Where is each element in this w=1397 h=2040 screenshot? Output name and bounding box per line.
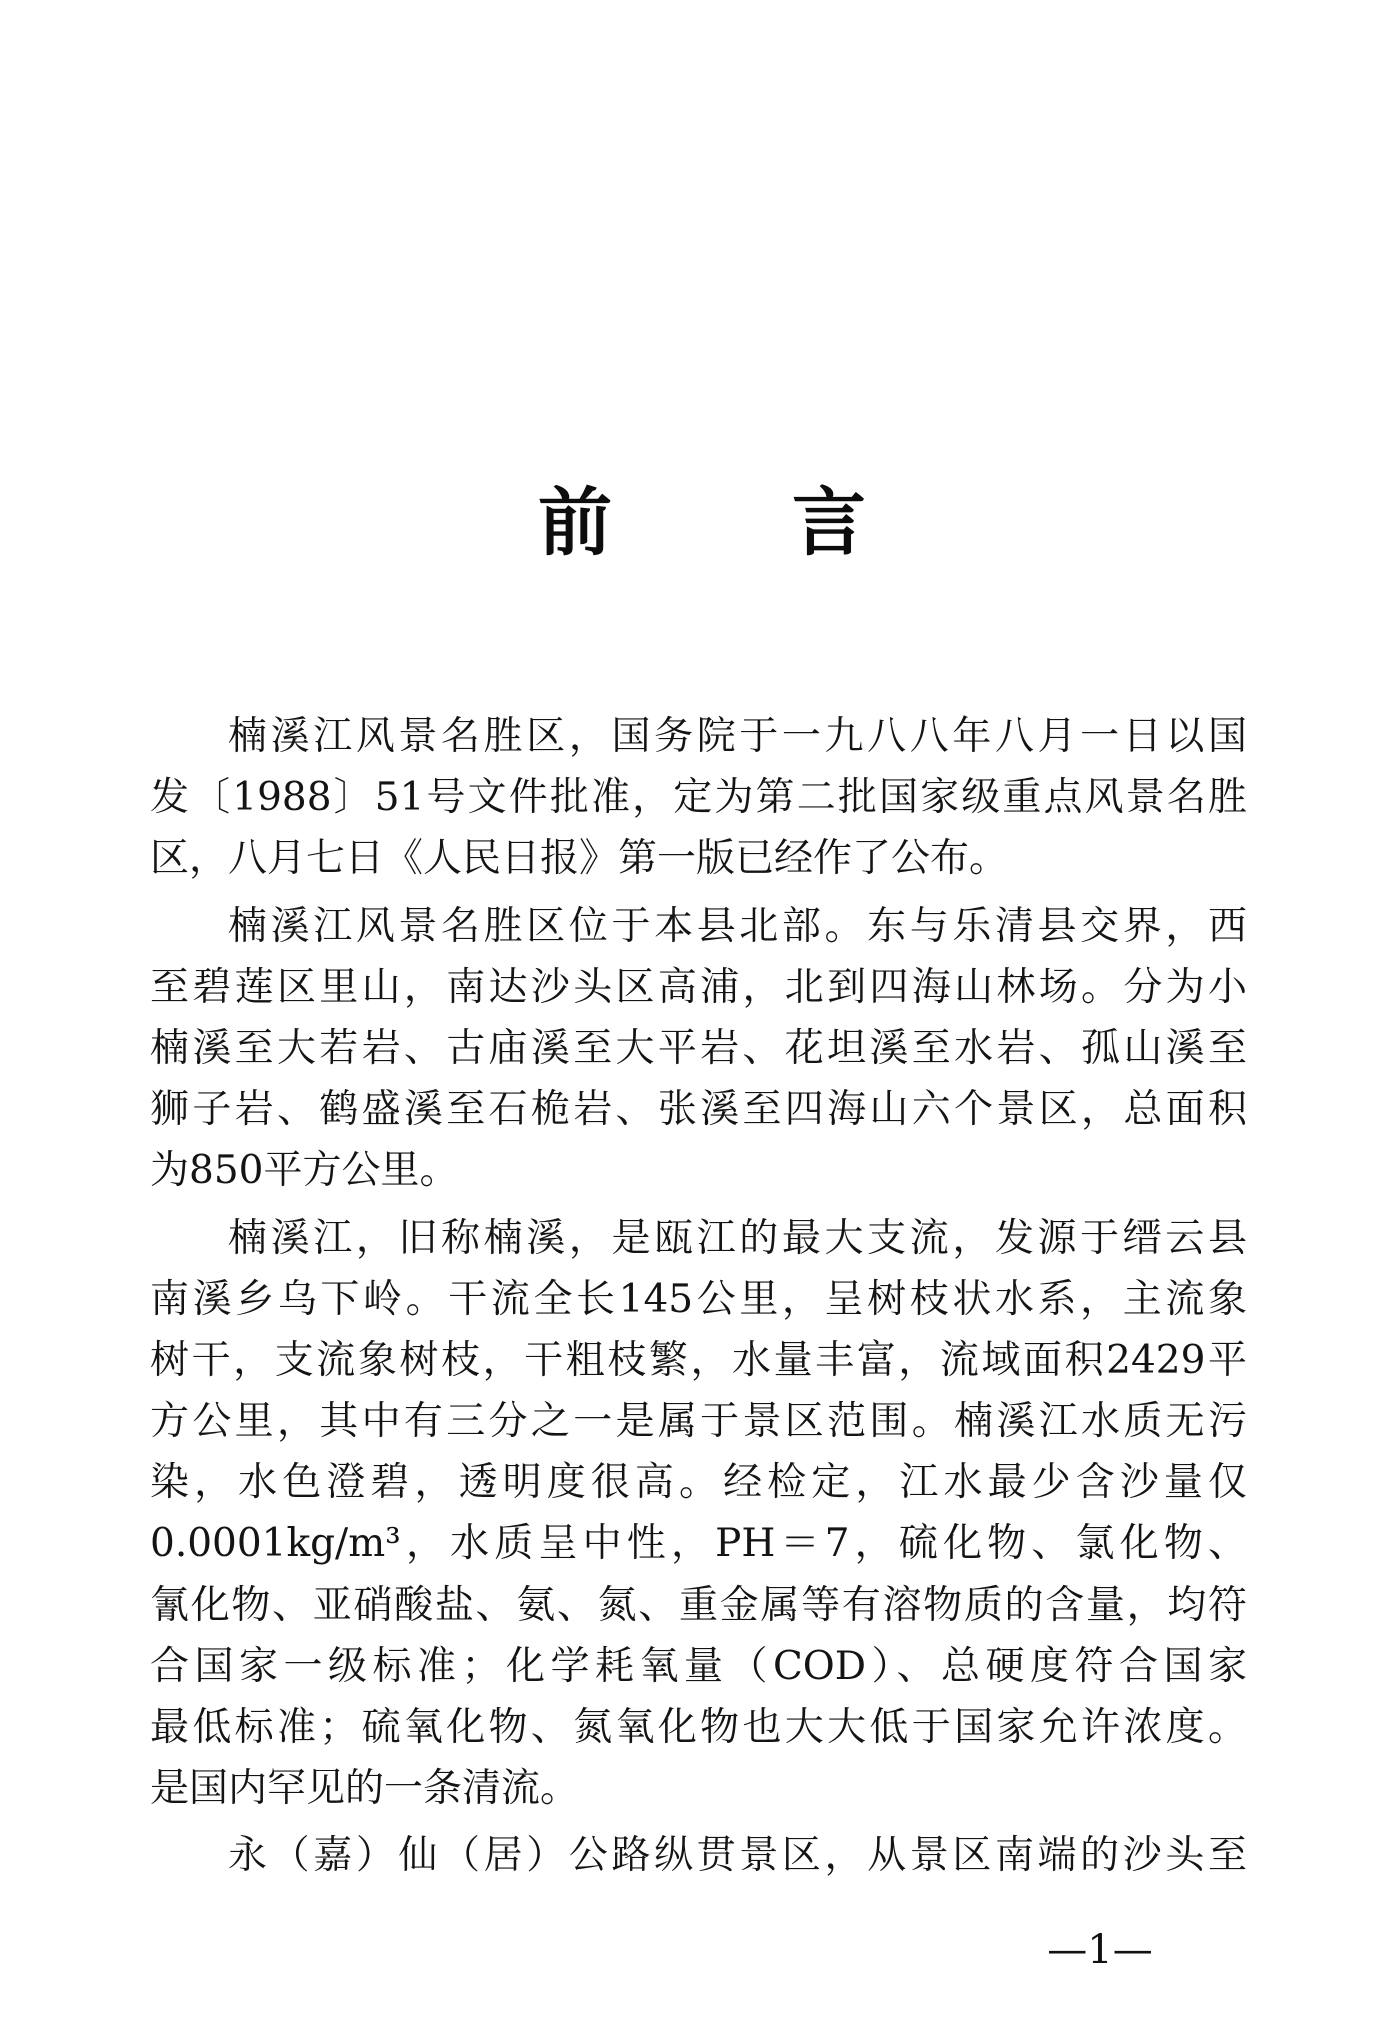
body-text: 楠溪江风景名胜区，国务院于一九八八年八月一日以国 发〔1988〕51号文件批准，… (150, 706, 1247, 1887)
text-line: 永（嘉）仙（居）公路纵贯景区，从景区南端的沙头至 (150, 1825, 1247, 1886)
text-line: 方公里，其中有三分之一是属于景区范围。楠溪江水质无污 (150, 1391, 1247, 1452)
text-line: 最低标准；硫氧化物、氮氧化物也大大低于国家允许浓度。 (150, 1697, 1247, 1758)
text-line: 楠溪江，旧称楠溪，是瓯江的最大支流，发源于缙云县 (150, 1208, 1247, 1269)
page-number: —1— (1040, 1925, 1160, 1975)
text-line: 合国家一级标准；化学耗氧量（COD）、总硬度符合国家 (150, 1636, 1247, 1697)
text-line: 至碧莲区里山，南达沙头区高浦，北到四海山林场。分为小 (150, 957, 1247, 1018)
paragraph-3: 楠溪江，旧称楠溪，是瓯江的最大支流，发源于缙云县 南溪乡乌下岭。干流全长145公… (150, 1208, 1247, 1820)
text-line: 狮子岩、鹤盛溪至石桅岩、张溪至四海山六个景区，总面积 (150, 1079, 1247, 1140)
paragraph-4: 永（嘉）仙（居）公路纵贯景区，从景区南端的沙头至 (150, 1825, 1247, 1886)
text-line: 是国内罕见的一条清流。 (150, 1758, 1247, 1819)
text-line: 楠溪江风景名胜区位于本县北部。东与乐清县交界，西 (150, 896, 1247, 957)
text-line: 南溪乡乌下岭。干流全长145公里，呈树枝状水系，主流象 (150, 1269, 1247, 1330)
text-line: 楠溪江风景名胜区，国务院于一九八八年八月一日以国 (150, 706, 1247, 767)
title-char-1: 前 (538, 478, 612, 568)
text-line: 染，水色澄碧，透明度很高。经检定，江水最少含沙量仅 (150, 1452, 1247, 1513)
text-line: 楠溪至大若岩、古庙溪至大平岩、花坦溪至水岩、孤山溪至 (150, 1018, 1247, 1079)
text-line: 氰化物、亚硝酸盐、氨、氮、重金属等有溶物质的含量，均符 (150, 1575, 1247, 1636)
page-title: 前 言 (0, 478, 1397, 568)
text-line: 树干，支流象树枝，干粗枝繁，水量丰富，流域面积2429平 (150, 1330, 1247, 1391)
text-line: 区，八月七日《人民日报》第一版已经作了公布。 (150, 828, 1247, 889)
text-line: 0.0001kg/m³，水质呈中性，PH＝7，硫化物、氯化物、 (150, 1513, 1247, 1574)
title-char-2: 言 (792, 478, 866, 568)
document-page: 前 言 楠溪江风景名胜区，国务院于一九八八年八月一日以国 发〔1988〕51号文… (0, 0, 1397, 2040)
paragraph-1: 楠溪江风景名胜区，国务院于一九八八年八月一日以国 发〔1988〕51号文件批准，… (150, 706, 1247, 890)
text-line: 为850平方公里。 (150, 1140, 1247, 1201)
paragraph-2: 楠溪江风景名胜区位于本县北部。东与乐清县交界，西 至碧莲区里山，南达沙头区高浦，… (150, 896, 1247, 1202)
text-line: 发〔1988〕51号文件批准，定为第二批国家级重点风景名胜 (150, 767, 1247, 828)
